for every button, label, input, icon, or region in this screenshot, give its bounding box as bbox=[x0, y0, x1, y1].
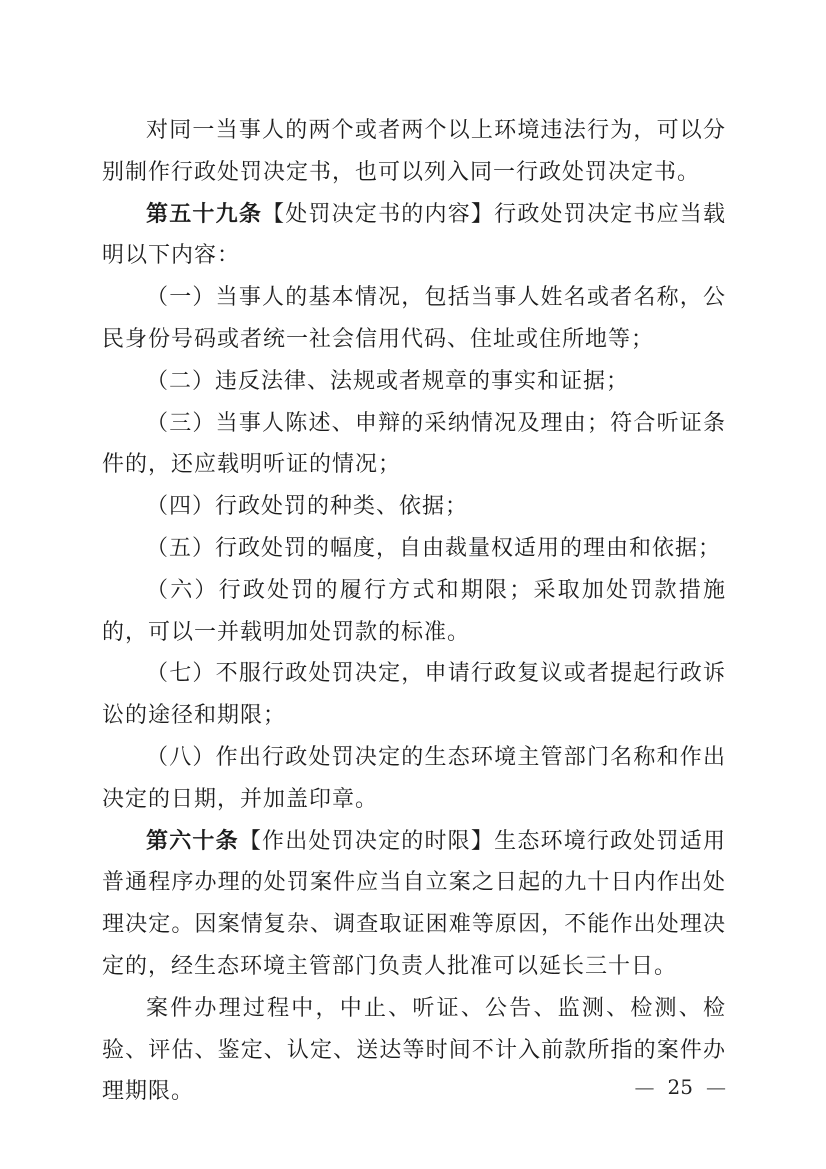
page-footer: —25— bbox=[635, 1074, 726, 1100]
intro-paragraph: 对同一当事人的两个或者两个以上环境违法行为，可以分别制作行政处罚决定书，也可以列… bbox=[102, 110, 726, 194]
article-59-title: 【处罚决定书的内容】 bbox=[262, 202, 494, 227]
list-item-1: （一）当事人的基本情况，包括当事人姓名或者名称，公民身份号码或者统一社会信用代码… bbox=[102, 277, 726, 361]
footer-dash-left: — bbox=[635, 1075, 655, 1099]
article-59-paragraph: 第五十九条【处罚决定书的内容】行政处罚决定书应当载明以下内容： bbox=[102, 194, 726, 278]
list-item-4: （四）行政处罚的种类、依据； bbox=[102, 486, 726, 528]
document-body: 对同一当事人的两个或者两个以上环境违法行为，可以分别制作行政处罚决定书，也可以列… bbox=[102, 110, 726, 1113]
list-item-3: （三）当事人陈述、申辩的采纳情况及理由；符合听证条件的，还应载明听证的情况； bbox=[102, 403, 726, 487]
article-60-title: 【作出处罚决定的时限】 bbox=[239, 829, 494, 854]
article-59-number: 第五十九条 bbox=[146, 201, 262, 227]
article-60-number: 第六十条 bbox=[146, 828, 239, 854]
page-number: 25 bbox=[668, 1075, 693, 1099]
footer-dash-right: — bbox=[706, 1075, 726, 1099]
list-item-5: （五）行政处罚的幅度，自由裁量权适用的理由和依据； bbox=[102, 528, 726, 570]
list-item-7: （七）不服行政处罚决定，申请行政复议或者提起行政诉讼的途径和期限； bbox=[102, 653, 726, 737]
list-item-6: （六）行政处罚的履行方式和期限；采取加处罚款措施的，可以一并载明加处罚款的标准。 bbox=[102, 570, 726, 654]
list-item-8: （八）作出行政处罚决定的生态环境主管部门名称和作出决定的日期，并加盖印章。 bbox=[102, 737, 726, 821]
document-page: 对同一当事人的两个或者两个以上环境违法行为，可以分别制作行政处罚决定书，也可以列… bbox=[0, 0, 826, 1169]
closing-paragraph: 案件办理过程中，中止、听证、公告、监测、检测、检验、评估、鉴定、认定、送达等时间… bbox=[102, 988, 726, 1113]
list-item-2: （二）违反法律、法规或者规章的事实和证据； bbox=[102, 361, 726, 403]
article-60-paragraph: 第六十条【作出处罚决定的时限】生态环境行政处罚适用普通程序办理的处罚案件应当自立… bbox=[102, 821, 726, 988]
